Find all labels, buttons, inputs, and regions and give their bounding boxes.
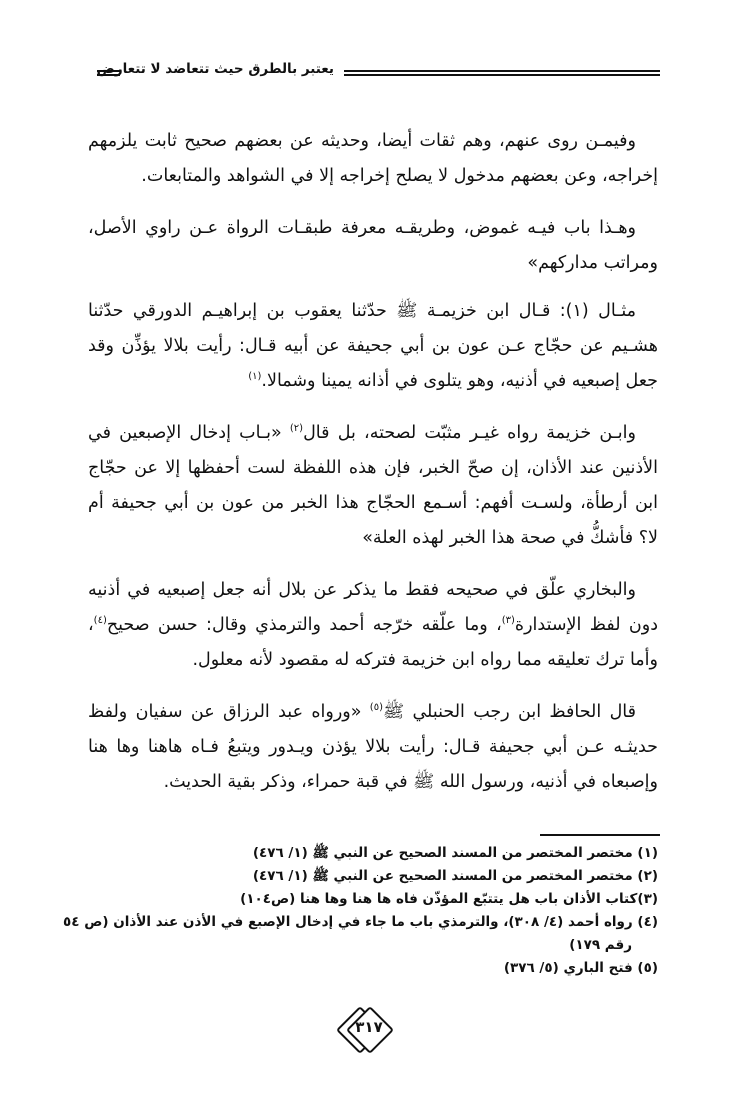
running-header: يعتبر بالطرق حيث تتعاضد لا تتعارض [97,60,660,84]
paragraph-2: وهـذا باب فيـه غموض، وطريقـه معرفة طبقـا… [88,211,658,281]
paragraph-example-1: مثـال (١): قـال ابن خزيمـة ﷺ حدّثنا يعقو… [88,294,658,399]
text-segment: «بـاب إدخال الإصبعين في [88,423,282,443]
text-line: وهـذا باب فيـه غموض، وطريقـه معرفة طبقـا… [88,211,658,246]
text-segment: وابـن خزيمة رواه غيـر مثبّت لصحته، بل قا… [303,423,636,443]
footnote-1: (١) مختصر المختصر من المسند الصحيح عن ال… [98,842,658,865]
text-segment: ، وما علّقه خرّجه أحمد والترمذي وقال: حس… [107,615,502,635]
footnote-ref-2[interactable]: (٢) [290,423,303,434]
text-line: مثـال (١): قـال ابن خزيمـة ﷺ حدّثنا يعقو… [88,294,658,329]
page-number: ٣١٧ [341,1018,397,1036]
footnote-ref-3[interactable]: (٣) [502,615,515,626]
paragraph-bukhari: والبخاري علّق في صحيحه فقط ما يذكر عن بل… [88,573,658,678]
header-double-rule-right [344,70,660,76]
text-line: قال الحافظ ابن رجب الحنبلي ﷺ(٥) «ورواه ع… [88,695,658,730]
page-number-badge: ٣١٧ [335,1007,397,1051]
text-line: ومراتب مداركهم» [88,246,658,281]
text-line: إخراجه، وعن بعضهم مدخول لا يصلح إخراجه إ… [88,159,658,194]
text-line: والبخاري علّق في صحيحه فقط ما يذكر عن بل… [88,573,658,608]
text-line: ابن أرطأة، ولسـت أفهم: أسـمع الحجّاج هذا… [88,486,658,521]
footnote-5: (٥) فتح الباري (٥/ ٣٧٦) [98,957,658,980]
footnote-ref-1[interactable]: (١) [248,371,261,382]
text-segment: «ورواه عبد الرزاق عن سفيان ولفظ [88,702,361,722]
footnotes: (١) مختصر المختصر من المسند الصحيح عن ال… [98,842,658,980]
footnote-separator [540,834,660,836]
footnote-ref-5[interactable]: (٥) [370,702,383,713]
text-segment: جعل إصبعيه في أذنيه، وهو يتلوى في أذانه … [261,371,658,391]
footnote-3: (٣)كتاب الأذان باب هل يتتبّع المؤذّن فاه… [98,888,658,911]
text-segment: قال الحافظ ابن رجب الحنبلي ﷺ [383,702,636,722]
footnote-4: (٤) رواه أحمد (٤/ ٣٠٨)، والترمذي باب ما … [98,911,658,934]
text-line: جعل إصبعيه في أذنيه، وهو يتلوى في أذانه … [88,364,658,399]
paragraph-ibn-khuzaymah: وابـن خزيمة رواه غيـر مثبّت لصحته، بل قا… [88,416,658,556]
book-page: يعتبر بالطرق حيث تتعاضد لا تتعارض وفيمـن… [0,0,731,1099]
footnote-ref-4[interactable]: (٤) [94,615,107,626]
text-line: هشـيم عن حجّاج عـن عون بن أبي جحيفة عن أ… [88,329,658,364]
running-title: يعتبر بالطرق حيث تتعاضد لا تتعارض [130,61,334,77]
footnote-4-continuation: رقم ١٧٩) [98,934,658,957]
text-line: وفيمـن روى عنهم، وهم ثقات أيضا، وحديثه ع… [88,124,658,159]
text-line: دون لفظ الإستدارة(٣)، وما علّقه خرّجه أح… [88,608,658,643]
text-line: لا؟ فأشكُّ في صحة هذا الخبر لهذه العلة» [88,521,658,556]
main-text: وفيمـن روى عنهم، وهم ثقات أيضا، وحديثه ع… [88,124,658,817]
text-line: وابـن خزيمة رواه غيـر مثبّت لصحته، بل قا… [88,416,658,451]
footnote-2: (٢) مختصر المختصر من المسند الصحيح عن ال… [98,865,658,888]
paragraph-ibn-rajab: قال الحافظ ابن رجب الحنبلي ﷺ(٥) «ورواه ع… [88,695,658,800]
paragraph-1: وفيمـن روى عنهم، وهم ثقات أيضا، وحديثه ع… [88,124,658,194]
text-line: وأما ترك تعليقه مما رواه ابن خزيمة فتركه… [88,643,658,678]
text-segment: دون لفظ الإستدارة [515,615,658,635]
text-line: الأذنين عند الأذان، إن صحّ الخبر، فإن هذ… [88,451,658,486]
text-line: وإصبعاه في أذنيه، ورسول الله ﷺ في قبة حم… [88,765,658,800]
text-line: حديثـه عـن أبي جحيفة قـال: رأيت بلالا يؤ… [88,730,658,765]
